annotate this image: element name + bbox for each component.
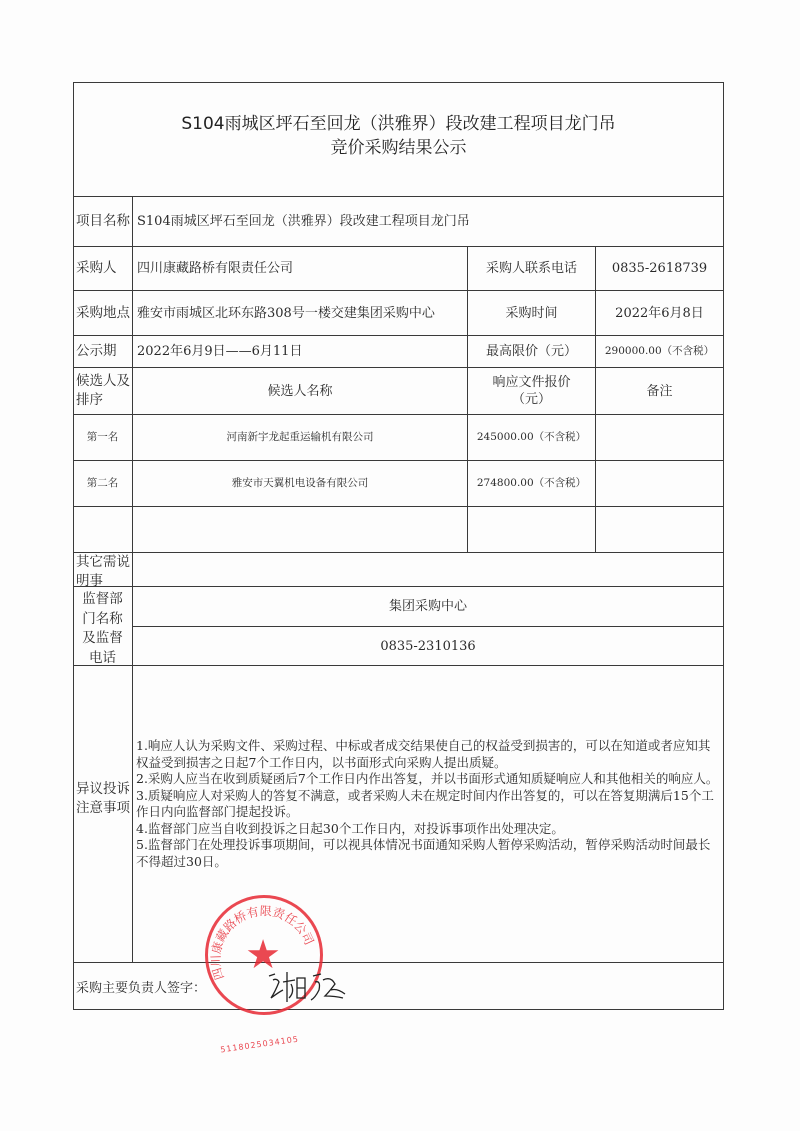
objection-notes: 1.响应人认为采购文件、采购过程、中标或者成交结果使自己的权益受到损害的，可以在… [136,738,721,870]
candidate-rank: 第二名 [73,461,132,506]
candidate-name [133,507,467,552]
candidate-remark [596,461,723,506]
seal-number: 5118025034105 [220,1035,300,1055]
title-line-1: S104雨城区坪石至回龙（洪雅界）段改建工程项目龙门吊 [73,112,724,136]
candidate-name: 河南新宇龙起重运输机有限公司 [133,415,467,460]
candidate-remark-header: 备注 [596,368,723,414]
candidate-price-header: 响应文件报价（元） [478,368,585,414]
project-name-value: S104雨城区坪石至回龙（洪雅界）段改建工程项目龙门吊 [133,197,723,246]
purchaser-phone-value: 0835-2618739 [596,247,723,290]
other-notes-value [133,553,723,586]
signature-label: 采购主要负责人签字： [76,977,206,996]
objection-item: 3.质疑响应人对采购人的答复不满意，或者采购人未在规定时间内作出答复的，可以在答… [136,788,721,821]
candidates-section-label: 候选人及排序 [73,368,132,414]
candidate-price [468,507,595,552]
publicity-period-value: 2022年6月9日——6月11日 [133,336,467,367]
other-notes-label: 其它需说明事 [73,553,132,586]
handwritten-signature [265,962,355,1007]
divider [73,962,724,963]
max-price-value: 290000.00（不含税） [596,336,723,367]
location-value: 雅安市雨城区北环东路308号一楼交建集团采购中心 [133,291,467,335]
supervision-label: 监督部 门名称 及监督 电话 [73,590,132,668]
candidate-name-header: 候选人名称 [133,368,467,414]
candidate-rank: 第一名 [73,415,132,460]
objection-item: 4.监督部门应当自收到投诉之日起30个工作日内，对投诉事项作出处理决定。 [136,821,721,838]
divider [73,665,724,666]
document-title: S104雨城区坪石至回龙（洪雅界）段改建工程项目龙门吊 竞价采购结果公示 [73,112,724,160]
candidate-remark [596,415,723,460]
max-price-label: 最高限价（元） [468,336,595,367]
location-label: 采购地点 [73,291,132,335]
supervision-department: 集团采购中心 [133,587,723,626]
supervision-phone: 0835-2310136 [133,627,723,665]
candidate-rank [73,507,132,552]
candidate-price: 274800.00（不含税） [468,461,595,506]
publicity-period-label: 公示期 [73,336,132,367]
objection-item: 5.监督部门在处理投诉事项期间，可以视具体情况书面通知采购人暂停采购活动，暂停采… [136,837,721,870]
objection-label: 异议投诉注意事项 [73,780,132,840]
objection-item: 2.采购人应当在收到质疑函后7个工作日内作出答复，并以书面形式通知质疑响应人和其… [136,771,721,788]
purchaser-label: 采购人 [73,247,132,290]
purchaser-phone-label: 采购人联系电话 [468,247,595,290]
procurement-result-notice: S104雨城区坪石至回龙（洪雅界）段改建工程项目龙门吊 竞价采购结果公示 项目名… [0,0,800,1131]
candidate-price: 245000.00（不含税） [468,415,595,460]
purchaser-value: 四川康藏路桥有限责任公司 [133,247,467,290]
objection-item: 1.响应人认为采购文件、采购过程、中标或者成交结果使自己的权益受到损害的，可以在… [136,738,721,771]
title-line-2: 竞价采购结果公示 [73,136,724,160]
purchase-time-value: 2022年6月8日 [596,291,723,335]
purchase-time-label: 采购时间 [468,291,595,335]
project-name-label: 项目名称 [73,197,132,246]
candidate-remark [596,507,723,552]
candidate-name: 雅安市天翼机电设备有限公司 [133,461,467,506]
